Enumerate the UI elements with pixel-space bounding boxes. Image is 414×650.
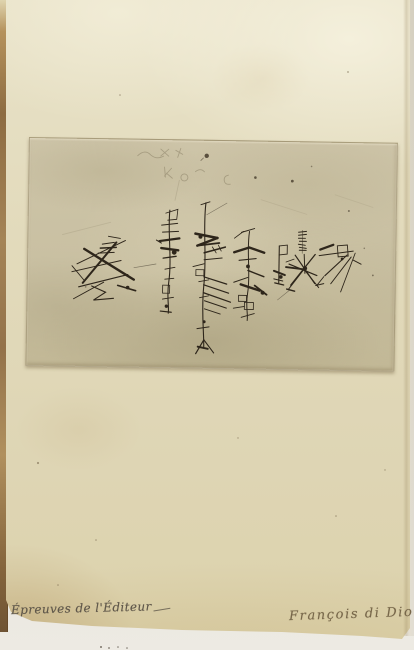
etching-cluster-stick-pile: [71, 236, 156, 301]
photo-of-etching-proof: Épreuves de l'Éditeur François di Dio: [0, 0, 414, 650]
etching-cluster-bar-box: [317, 245, 362, 293]
etching-drawing: [26, 138, 397, 371]
etching-ink-blots: [85, 152, 376, 293]
etching-cluster-branched-stalk: [233, 228, 267, 321]
etching-plate-mark: [25, 137, 398, 372]
sheet-right-edge: [403, 0, 414, 636]
etching-ghost-marks: [62, 147, 373, 240]
etching-cluster-fern-stem: [192, 202, 232, 355]
etching-cluster-knotted-stem: [155, 209, 180, 313]
etching-cluster-starburst: [277, 230, 324, 301]
